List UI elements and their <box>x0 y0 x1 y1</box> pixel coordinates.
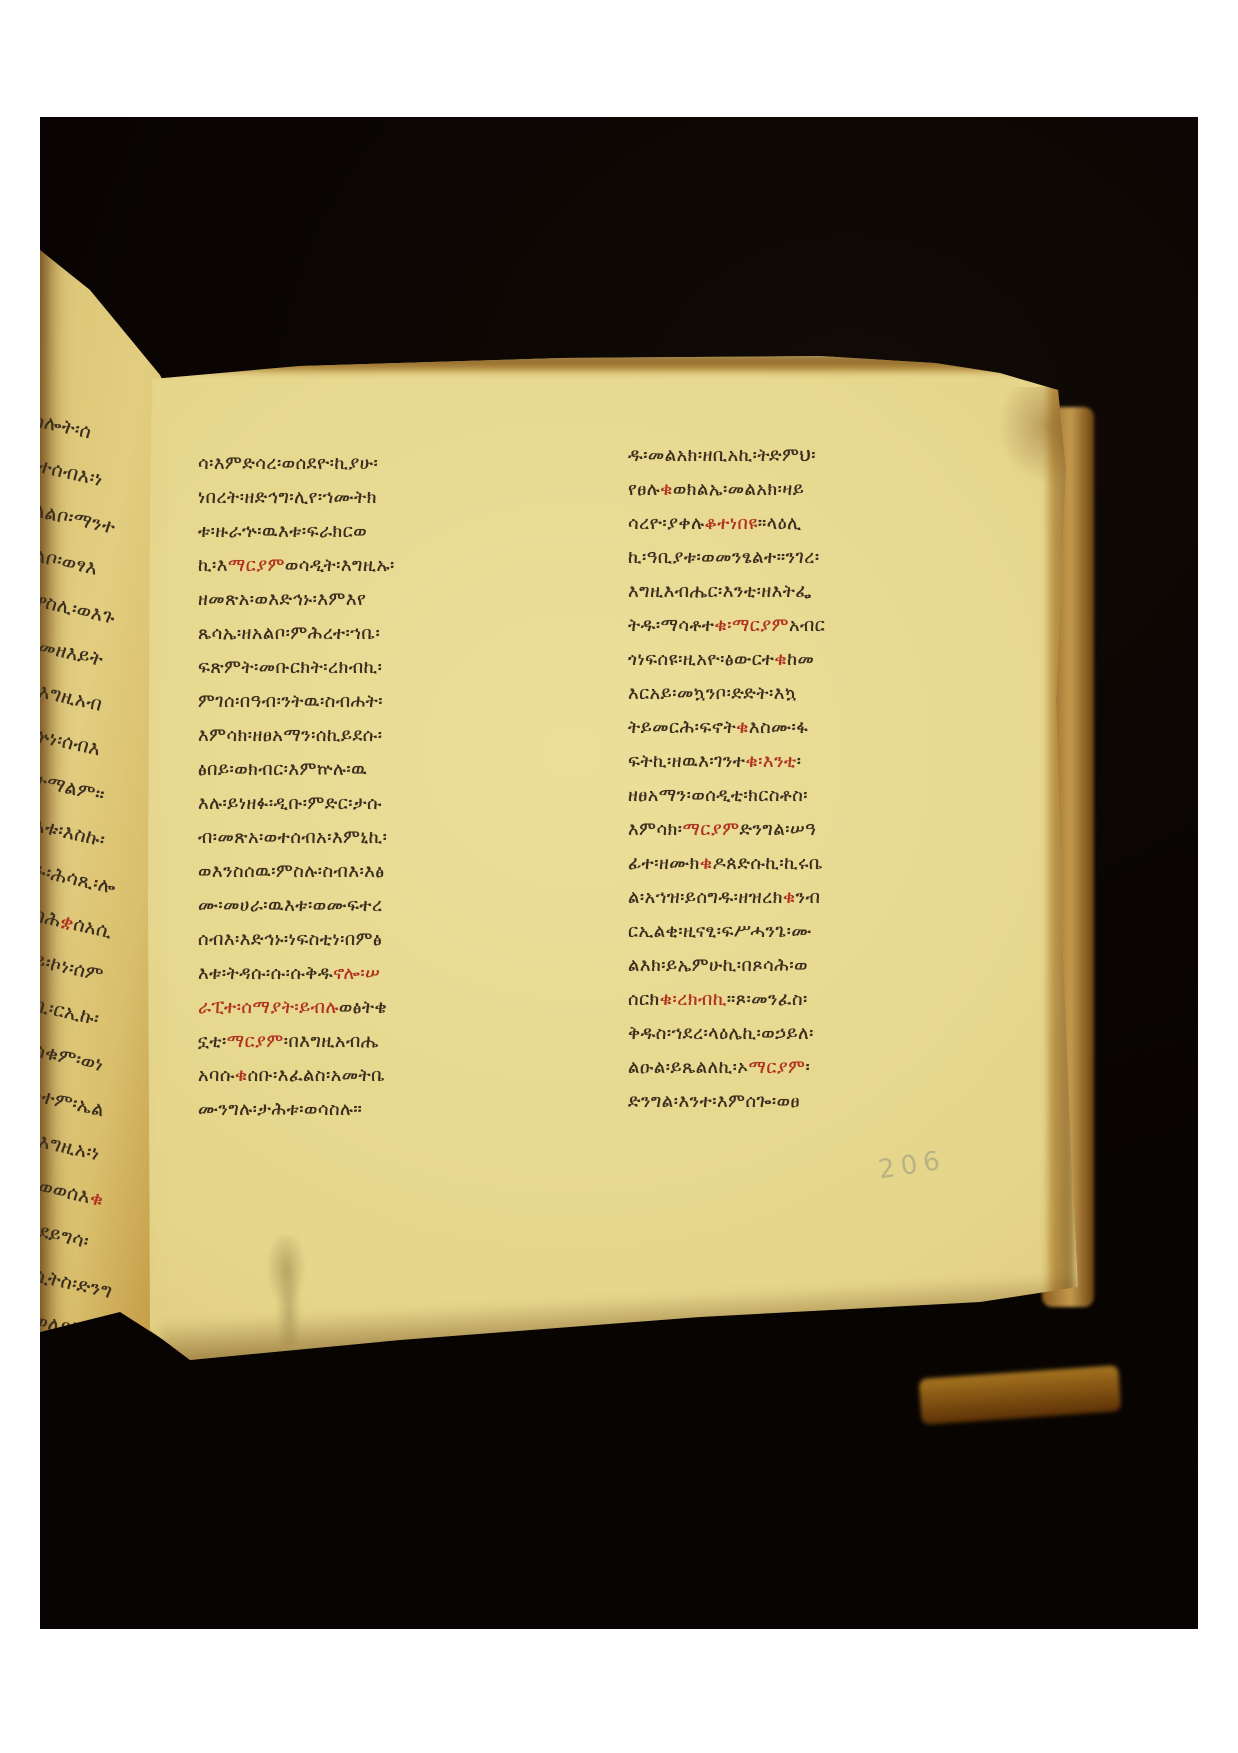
ink-text: ወፅትቄ <box>339 997 387 1018</box>
text-line: ሷትስ፡ድንግ <box>40 1264 114 1303</box>
ink-text: ፡ <box>806 1057 811 1078</box>
text-line: ትይመርሕ፡ፍኖትቁእስሙ፡ፋ <box>628 711 984 745</box>
text-line: ሳቁም፡ወነ <box>40 1039 106 1076</box>
text-line: ፡ወወሰእቁ <box>40 1174 106 1211</box>
ink-text: እርአይ፡መኳንቦ፡ድድት፡እኳ <box>628 683 797 704</box>
ink-text: ዘመጽአ፡ወእድኅኑ፡እምእየ <box>198 589 366 610</box>
text-line: ልቦ፡ወፃእ <box>40 544 100 580</box>
ink-text: እቱ፡ትዳሱ፡ሱ፡ሱቅዱ <box>198 963 333 984</box>
pencil-page-number: 206 <box>876 1139 989 1186</box>
text-line: ጼሳኤ፡ዘአልቦ፡ምሕረተ፡ኀቤ፡ <box>198 617 570 651</box>
text-line: ብ፡መጽአ፡ወተሰብአ፡እምኒኪ፡ <box>198 821 570 855</box>
text-line: ፡ደይግሳ፡ <box>40 1219 91 1253</box>
ink-text: ፡ <box>797 751 802 772</box>
text-line: ቅዱስ፡ኀደረ፡ላዕሌኪ፡ወኃይለ፡ <box>628 1017 984 1051</box>
text-line: ሳ፡እምድሳረ፡ወሰደዮ፡ኪያሁ፡ <box>198 447 570 481</box>
rubric-red-text: ማርያም <box>228 555 285 576</box>
ink-text: ፡ተሰብእ፡ነ <box>40 454 105 491</box>
ink-text: ኪ፡እ <box>198 555 228 576</box>
ink-text: ኍነ፡ሰብእ <box>40 724 103 760</box>
ink-text: ጎነፍሰዩ፡ዚአዮ፡ፅውርተ <box>628 649 774 670</box>
ink-text: ሰብእ፡እድኅኑ፡ነፍስቲነ፡በምፅ <box>198 929 382 950</box>
text-line: ኍነ፡ሰብእ <box>40 724 103 760</box>
text-line: ፡እግዚአ፡ነ <box>40 1129 102 1165</box>
text-line: ፍትኪ፡ዘዉእ፡ገንተቁ፡እንቲ፡ <box>628 745 984 779</box>
rubric-red-text: ቁ፡እንቲ <box>745 751 796 772</box>
text-line: ፡ተሰብእ፡ነ <box>40 454 105 491</box>
ink-text: ልቦ፡ወፃእ <box>40 544 100 580</box>
ink-text: ከመ <box>787 649 814 670</box>
ink-text: ፉ፡ሕሳጺ፡ሎ <box>40 859 118 899</box>
ink-text: ዋስሊ፡ወእጉ <box>40 589 117 628</box>
ink-text: አባሱ <box>198 1065 235 1086</box>
ink-text: ንብ <box>796 887 821 908</box>
text-line: የፀሉቁወክልኤ፡መልአክ፡ዛይ <box>628 473 984 507</box>
text-line: ል፡አኀዝ፡ይሰግዱ፡ዘዝረክቁንብ <box>628 881 984 915</box>
text-line: ዱ፡መልአክ፡ዘቢአኪ፡ትድምህ፡ <box>628 439 984 473</box>
ink-text: ወክልኤ፡መልአክ፡ዛይ <box>673 479 804 500</box>
ink-text: ፡መዘእይት <box>40 634 105 671</box>
ink-text: ፅበይ፡ወክብር፡እምኵሉ፡ዉ <box>198 759 367 780</box>
text-line: ምገሰ፡በዓብ፡ንትዉ፡ስብሐት፡ <box>198 685 570 719</box>
text-line: ፊተ፡ዘሙክቁዶጰድሱኪ፡ኪሩቤ <box>628 847 984 881</box>
text-line: እምሳክ፡ዘፀአማን፡ሰኪይደሱ፡ <box>198 719 570 753</box>
text-line: ርኢልቂ፡ዚናፂ፡ፍሥሓንጌ፡ሙ <box>628 915 984 949</box>
rubric-red-text: ቁ፡ረክብኪ <box>660 989 727 1010</box>
rubric-red-text: ቆተነበዩ <box>704 513 757 534</box>
ink-text: ፡እግዚአብ <box>40 679 104 716</box>
text-line: ፅበይ፡ወክብር፡እምኵሉ፡ዉ <box>198 753 570 787</box>
text-line: አባሱቁሰቡ፡እፈልስ፡አመትቤ <box>198 1059 570 1093</box>
text-line: ጎነፍሰዩ፡ዚአዮ፡ፅውርተቁከመ <box>628 643 984 677</box>
ink-text: ሰቡ፡እፈልስ፡አመትቤ <box>248 1065 386 1086</box>
manuscript-photograph: ከሎት፡ሰ፡ተሰብእ፡ነለልቦ፡ማንተልቦ፡ወፃእዋስሊ፡ወእጉ፡መዘእይት፡እ… <box>40 117 1198 1629</box>
ink-text: ትይመርሕ፡ፍኖት <box>628 717 736 738</box>
text-line: እቱ፡ትዳሱ፡ሱ፡ሱቅዱኖሎ፡ሠ <box>198 957 570 991</box>
ink-text: ቱ፡ዙራኍ፡ዉእቱ፡ፍራክርወ <box>198 521 367 542</box>
ink-text: ፡ደይግሳ፡ <box>40 1219 91 1253</box>
ink-text: ዶጰድሱኪ፡ኪሩቤ <box>713 853 823 874</box>
ink-text: እምሳክ፡ዘፀአማን፡ሰኪይደሱ፡ <box>198 725 383 746</box>
rubric-red-text: ራፒተ፡ሰማያት፡ይብሉ <box>198 997 339 1018</box>
ink-text: ምገሰ፡በዓብ፡ንትዉ፡ስብሐት፡ <box>198 691 383 712</box>
ink-text: ል፡አኀዝ፡ይሰግዱ፡ዘዝረክ <box>628 887 783 908</box>
ink-text: እግዚእብሔር፡እንቲ፡ዘእትፌ <box>628 581 812 602</box>
rubric-red-text: ኖሎ፡ሠ <box>333 963 380 984</box>
text-column-1: ሳ፡እምድሳረ፡ወሰደዮ፡ኪያሁ፡ነበረት፡ዘድኅግ፡ሊየ፡ኀሙትክቱ፡ዙራኍ፡… <box>198 447 570 1127</box>
page-background: ከሎት፡ሰ፡ተሰብእ፡ነለልቦ፡ማንተልቦ፡ወፃእዋስሊ፡ወእጉ፡መዘእይት፡እ… <box>0 0 1238 1753</box>
ink-text: ለልቦ፡ማንተ <box>40 499 118 538</box>
text-line: በሕቋሰአሲ <box>40 904 114 943</box>
text-line: ነበረት፡ዘድኅግ፡ሊየ፡ኀሙትክ <box>198 481 570 515</box>
text-line: እርአይ፡መኳንቦ፡ድድት፡እኳ <box>628 677 984 711</box>
text-line: ወእንስሰዉ፡ምስሉ፡ስብእ፡እፅ <box>198 855 570 889</box>
ink-text: ይ፡ኮነ፡ሰም <box>40 949 106 986</box>
text-line: ልዑል፡ይጼልለኪ፡ኦማርያም፡ <box>628 1051 984 1085</box>
ink-text: ድንግል፡ሠዓ <box>740 819 817 840</box>
ink-text: እቱ፡እስኩ፡ <box>40 814 107 851</box>
ink-text: ፊተ፡ዘሙክ <box>628 853 700 874</box>
ink-text: አብር <box>789 615 825 636</box>
text-line: እግዚእብሔር፡እንቲ፡ዘእትፌ <box>628 575 984 609</box>
ink-text: ትዱ፡ማሳቶተ <box>628 615 714 636</box>
text-line: እቱ፡እስኩ፡ <box>40 814 107 851</box>
ink-text: ሙንግሉ፡ታሕቱ፡ወሳስሉ። <box>198 1099 362 1120</box>
text-line: ፡እግዚአብ <box>40 679 104 716</box>
text-line: ዘመጽአ፡ወእድኅኑ፡እምእየ <box>198 583 570 617</box>
text-line: ነተም፡ኤል <box>40 1084 107 1121</box>
text-line: ወለደት፡ሰኒ። <box>40 1309 119 1349</box>
ink-text: ርኢልቂ፡ዚናፂ፡ፍሥሓንጌ፡ሙ <box>628 921 812 942</box>
ink-text: ፍትኪ፡ዘዉእ፡ገንተ <box>628 751 745 772</box>
ink-text: ቅዱስ፡ኀደረ፡ላዕሌኪ፡ወኃይለ፡ <box>628 1023 814 1044</box>
ink-text: ዱ፡መልአክ፡ዘቢአኪ፡ትድምህ፡ <box>628 445 816 466</box>
text-line: ትዱ፡ማሳቶተቁ፡ማርያምአብር <box>628 609 984 643</box>
ink-text: ሰርክ <box>628 989 660 1010</box>
text-line: ሙ፡መሀራ፡ዉእቱ፡ወሙፍተረ <box>198 889 570 923</box>
ink-text: ልዑል፡ይጼልለኪ፡ኦ <box>628 1057 749 1078</box>
ink-text: ጼሳኤ፡ዘአልቦ፡ምሕረተ፡ኀቤ፡ <box>198 623 380 644</box>
browned-top-edge <box>140 355 1070 371</box>
rubric-red-text: ማርያም <box>227 1031 284 1052</box>
rubric-red-text: ቁ፡ማርያም <box>714 615 788 636</box>
rubric-red-text: ቁ <box>235 1065 248 1086</box>
text-line: ልእክ፡ይኤምሁኪ፡በጾሳሕ፡ወ <box>628 949 984 983</box>
text-line: ሙንግሉ፡ታሕቱ፡ወሳስሉ። <box>198 1093 570 1127</box>
ink-text: ወሳዲት፡እግዚኡ፡ <box>285 555 395 576</box>
text-line: ፡መዘእይት <box>40 634 105 671</box>
ink-text: ዘፀአማን፡ወሰዲቲ፡ክርስቶስ፡ <box>628 785 808 806</box>
ink-text: ነተም፡ኤል <box>40 1084 107 1121</box>
ink-text: እምሳክ፡ <box>628 819 683 840</box>
text-line: ትማልም። <box>40 769 107 806</box>
ink-text: ሷትስ፡ድንግ <box>40 1264 114 1303</box>
ink-text: ሰአሲ <box>71 913 114 943</box>
text-line: ዋስሊ፡ወእጉ <box>40 589 117 628</box>
ink-text: ሳቁም፡ወነ <box>40 1039 106 1076</box>
ink-text: ነበረት፡ዘድኅግ፡ሊየ፡ኀሙትክ <box>198 487 377 508</box>
ink-text: ወለደት፡ሰኒ። <box>40 1309 119 1349</box>
ink-text: እሉ፡ይነዘፉ፡ዲቡ፡ምድር፡ታሱ <box>198 793 382 814</box>
ink-text: እስሙ፡ፋ <box>749 717 808 738</box>
rubric-red-text: ማርያም <box>749 1057 806 1078</box>
ink-text: ፍጽምት፡መቡርክት፡ረክብኪ፡ <box>198 657 382 678</box>
text-line: ፍጽምት፡መቡርክት፡ረክብኪ፡ <box>198 651 570 685</box>
text-line: ቢ፡ርኢኩ፡ <box>40 994 101 1030</box>
rubric-red-text: ቁ <box>736 717 749 738</box>
rubric-red-text: ማርያም <box>683 819 740 840</box>
text-line: ራፒተ፡ሰማያት፡ይብሉወፅትቄ <box>198 991 570 1025</box>
rubric-red-text: ቁ <box>700 853 713 874</box>
text-line: ቱ፡ዙራኍ፡ዉእቱ፡ፍራክርወ <box>198 515 570 549</box>
ink-text: ኪ፡ዓቢያቱ፡ወመንፄልተ።ንገረ፡ <box>628 547 820 568</box>
ink-text: የፀሉ <box>628 479 660 500</box>
ink-text: ከሎት፡ሰ <box>40 409 94 443</box>
ink-text: ትማልም። <box>40 769 107 806</box>
text-line: ኗቲ፡ማርያም፡በእግዚአብሔ <box>198 1025 570 1059</box>
ink-text: ልእክ፡ይኤምሁኪ፡በጾሳሕ፡ወ <box>628 955 808 976</box>
text-column-2: ዱ፡መልአክ፡ዘቢአኪ፡ትድምህ፡የፀሉቁወክልኤ፡መልአክ፡ዛይሳረዮ፡ያቀሉ… <box>628 439 984 1119</box>
ink-text: ፡ወወሰእ <box>40 1174 93 1208</box>
text-line: ይ፡ኮነ፡ሰም <box>40 949 106 986</box>
ink-text: ኗቲ፡ <box>198 1031 227 1052</box>
page-bottom-edge <box>919 1365 1122 1425</box>
text-line: ድንግል፡እንተ፡እምሰጐ፡ወፀ <box>628 1085 984 1119</box>
ink-stain <box>258 1235 314 1345</box>
text-line: ዘፀአማን፡ወሰዲቲ፡ክርስቶስ፡ <box>628 779 984 813</box>
ink-text: ፡በእግዚአብሔ <box>284 1031 379 1052</box>
text-line: ለልቦ፡ማንተ <box>40 499 118 538</box>
ink-text: ሳ፡እምድሳረ፡ወሰደዮ፡ኪያሁ፡ <box>198 453 378 474</box>
ink-text: ሳረዮ፡ያቀሉ <box>628 513 704 534</box>
rubric-red-text: ቁ <box>783 887 796 908</box>
ink-text: ።ላዕሊ <box>758 513 802 534</box>
text-line: ፉ፡ሕሳጺ፡ሎ <box>40 859 118 899</box>
ink-text: ።ጾ፡መንፈስ፡ <box>727 989 808 1010</box>
text-line: ሳረዮ፡ያቀሉቆተነበዩ።ላዕሊ <box>628 507 984 541</box>
ink-text: ቢ፡ርኢኩ፡ <box>40 994 101 1030</box>
text-line: ኪ፡እማርያምወሳዲት፡እግዚኡ፡ <box>198 549 570 583</box>
text-line: እሉ፡ይነዘፉ፡ዲቡ፡ምድር፡ታሱ <box>198 787 570 821</box>
text-line: ሰብእ፡እድኅኑ፡ነፍስቲነ፡በምፅ <box>198 923 570 957</box>
ink-text: ሙ፡መሀራ፡ዉእቱ፡ወሙፍተረ <box>198 895 383 916</box>
rubric-red-text: ቁ <box>774 649 787 670</box>
text-line: ኪ፡ዓቢያቱ፡ወመንፄልተ።ንገረ፡ <box>628 541 984 575</box>
ink-text: ወእንስሰዉ፡ምስሉ፡ስብእ፡እፅ <box>198 861 385 882</box>
rubric-red-text: ቁ <box>660 479 673 500</box>
ink-text: ብ፡መጽአ፡ወተሰብአ፡እምኒኪ፡ <box>198 827 387 848</box>
text-line: እምሳክ፡ማርያምድንግል፡ሠዓ <box>628 813 984 847</box>
text-line: ሰርክቁ፡ረክብኪ።ጾ፡መንፈስ፡ <box>628 983 984 1017</box>
ink-text: ፡እግዚአ፡ነ <box>40 1129 102 1165</box>
ink-text: ድንግል፡እንተ፡እምሰጐ፡ወፀ <box>628 1091 800 1112</box>
text-line: ከሎት፡ሰ <box>40 409 94 443</box>
